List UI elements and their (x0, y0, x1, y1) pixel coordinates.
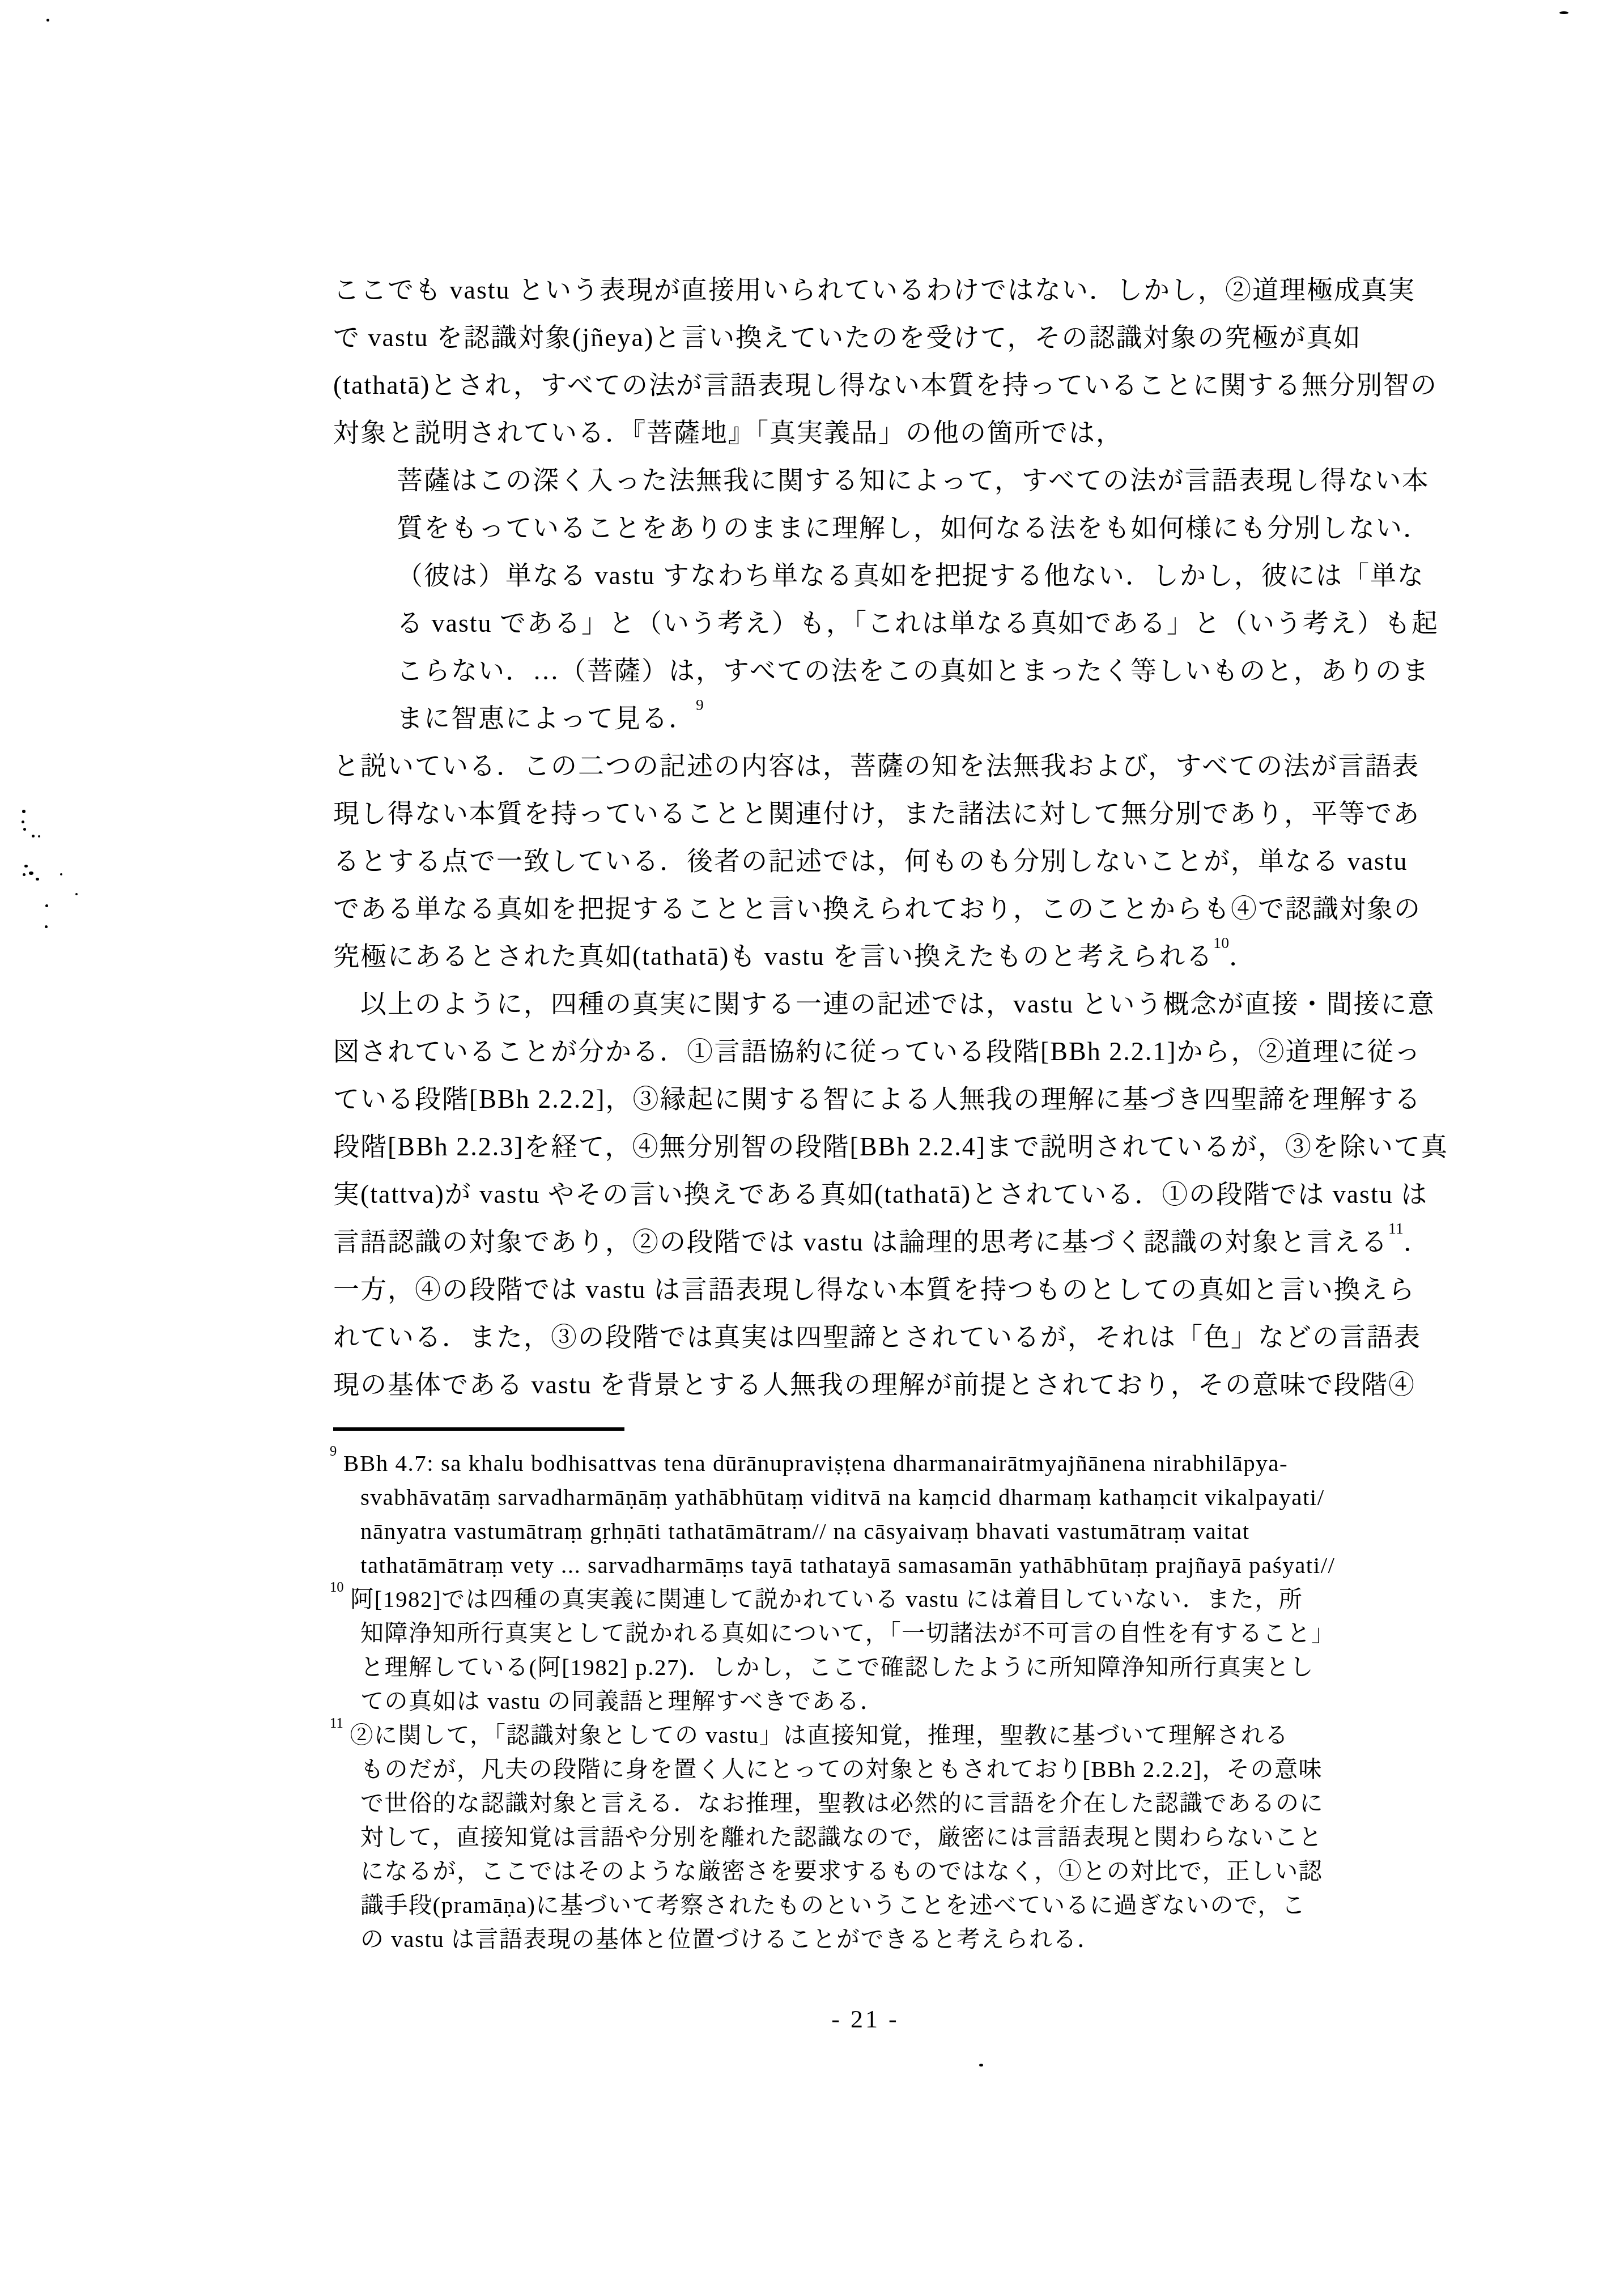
text-line: と理解している(阿[1982] p.27)．しかし，ここで確認したように所知障浄… (330, 1650, 1469, 1684)
text-line: tathatāmātraṃ vety ... sarvadharmāṃs tay… (330, 1548, 1469, 1582)
scan-speck (22, 810, 25, 813)
text-line: 10 阿[1982]では四種の真実義に関連して説かれている vastu には着目… (330, 1582, 1469, 1616)
scan-speck (60, 873, 62, 875)
paragraph-1: ここでも vastu という表現が直接用いられているわけではない．しかし，②道理… (333, 266, 1466, 457)
text-line: で vastu を認識対象(jñeya)と言い換えていたのを受けて，その認識対象… (333, 314, 1466, 362)
text-line: ここでも vastu という表現が直接用いられているわけではない．しかし，②道理… (333, 266, 1466, 314)
footnote-9: 9 BBh 4.7: sa khalu bodhisattvas tena dū… (330, 1446, 1469, 1582)
footnote-marker: 9 (330, 1444, 337, 1459)
paragraph-2: と説いている．この二つの記述の内容は，菩薩の知を法無我および，すべての法が言語表… (333, 742, 1466, 980)
text-line: 言語認識の対象であり，②の段階では vastu は論理的思考に基づく認識の対象と… (333, 1218, 1466, 1266)
text-line: と説いている．この二つの記述の内容は，菩薩の知を法無我および，すべての法が言語表 (333, 742, 1466, 790)
text-line: 現の基体である vastu を背景とする人無我の理解が前提とされており，その意味… (333, 1361, 1466, 1409)
paragraph-3: 以上のように，四種の真実に関する一連の記述では，vastu という概念が直接・間… (333, 980, 1466, 1409)
text-line: svabhāvatāṃ sarvadharmāṇāṃ yathābhūtaṃ v… (330, 1480, 1469, 1514)
main-text: ここでも vastu という表現が直接用いられているわけではない．しかし，②道理… (333, 266, 1466, 1409)
footnote-10: 10 阿[1982]では四種の真実義に関連して説かれている vastu には着目… (330, 1582, 1469, 1718)
footnote-marker: 9 (696, 696, 704, 713)
text-line: こらない．…（菩薩）は，すべての法をこの真如とまったく等しいものと，ありのま (397, 647, 1466, 695)
footnote-separator-rule (333, 1427, 624, 1431)
scan-speck (36, 878, 39, 881)
text-line: (tathatā)とされ，すべての法が言語表現し得ない本質を持っていることに関す… (333, 362, 1466, 409)
text-line: 対象と説明されている．『菩薩地』「真実義品」の他の箇所では， (333, 409, 1466, 457)
text-line: 知障浄知所行真実として説かれる真如について，「一切諸法が不可言の自性を有すること… (330, 1616, 1469, 1650)
text-line: 段階[BBh 2.2.3]を経て，④無分別智の段階[BBh 2.2.4]まで説明… (333, 1123, 1466, 1171)
text-line: ものだが，凡夫の段階に身を置く人にとっての対象ともされており[BBh 2.2.2… (330, 1752, 1469, 1786)
text-line: 対して，直接知覚は言語や分別を離れた認識なので，厳密には言語表現と関わらないこと (330, 1820, 1469, 1854)
text-line: （彼は）単なる vastu すなわち単なる真如を把捉する他ない．しかし，彼には「… (397, 552, 1466, 599)
scanned-page: ここでも vastu という表現が直接用いられているわけではない．しかし，②道理… (0, 0, 1624, 2296)
text-line: の vastu は言語表現の基体と位置づけることができると考えられる． (330, 1922, 1469, 1956)
text-line: 現し得ない本質を持っていることと関連付け，また諸法に対して無分別であり，平等であ (333, 790, 1466, 837)
footnotes-section: 9 BBh 4.7: sa khalu bodhisattvas tena dū… (330, 1446, 1469, 1956)
scan-speck (32, 835, 35, 837)
text-line: る vastu である」と（いう考え）も，「これは単なる真如である」と（いう考え… (397, 599, 1466, 647)
text-line: 図されていることが分かる．①言語協約に従っている段階[BBh 2.2.1]から，… (333, 1028, 1466, 1075)
text-line: で世俗的な認識対象と言える．なお推理，聖教は必然的に言語を介在した認識であるのに (330, 1786, 1469, 1820)
scan-speck (46, 19, 49, 22)
text-line: まに智恵によって見る．9 (397, 695, 1466, 742)
footnote-marker: 11 (1388, 1219, 1404, 1237)
page-number: - 21 - (800, 2005, 930, 2034)
scan-speck (23, 828, 26, 831)
scan-speck (38, 835, 40, 837)
text-line: nānyatra vastumātraṃ gṛhṇāti tathatāmātr… (330, 1514, 1469, 1548)
footnote-marker: 10 (330, 1580, 344, 1595)
scan-speck (1559, 11, 1568, 14)
text-line: 究極にあるとされた真如(tathatā)も vastu を言い換えたものと考えら… (333, 933, 1466, 980)
text-line: 菩薩はこの深く入った法無我に関する知によって，すべての法が言語表現し得ない本 (397, 457, 1466, 504)
text-line: れている．また，③の段階では真実は四聖諦とされているが，それは「色」などの言語表 (333, 1313, 1466, 1361)
scan-speck (23, 873, 25, 876)
scan-speck (979, 2064, 983, 2067)
text-line: 一方，④の段階では vastu は言語表現し得ない本質を持つものとしての真如と言… (333, 1266, 1466, 1313)
footnote-marker: 10 (1213, 934, 1229, 951)
text-line: になるが，ここではそのような厳密さを要求するものではなく，①との対比で，正しい認 (330, 1854, 1469, 1888)
scan-speck (45, 925, 48, 928)
scan-speck (29, 871, 33, 875)
scan-speck (24, 865, 28, 868)
footnote-marker: 11 (330, 1716, 343, 1731)
text-line: である単なる真如を把捉することと言い換えられており，このことからも④で認識対象の (333, 885, 1466, 933)
text-line: ての真如は vastu の同義語と理解すべきである． (330, 1684, 1469, 1718)
text-line: 以上のように，四種の真実に関する一連の記述では，vastu という概念が直接・間… (333, 980, 1466, 1028)
scan-speck (22, 820, 24, 823)
scan-speck (45, 904, 48, 907)
text-line: 11 ②に関して，「認識対象としての vastu」は直接知覚，推理，聖教に基づい… (330, 1718, 1469, 1752)
text-line: 質をもっていることをありのままに理解し，如何なる法をも如何様にも分別しない． (397, 504, 1466, 552)
text-line: 9 BBh 4.7: sa khalu bodhisattvas tena dū… (330, 1446, 1469, 1480)
text-line: ている段階[BBh 2.2.2]，③縁起に関する智による人無我の理解に基づき四聖… (333, 1075, 1466, 1123)
text-line: るとする点で一致している．後者の記述では，何ものも分別しないことが，単なる va… (333, 837, 1466, 885)
block-quote: 菩薩はこの深く入った法無我に関する知によって，すべての法が言語表現し得ない本質を… (333, 457, 1466, 742)
footnote-11: 11 ②に関して，「認識対象としての vastu」は直接知覚，推理，聖教に基づい… (330, 1718, 1469, 1956)
text-line: 実(tattva)が vastu やその言い換えである真如(tathatā)とさ… (333, 1171, 1466, 1218)
text-line: 識手段(pramāṇa)に基づいて考察されたものということを述べているに過ぎない… (330, 1888, 1469, 1922)
scan-speck (75, 893, 78, 895)
